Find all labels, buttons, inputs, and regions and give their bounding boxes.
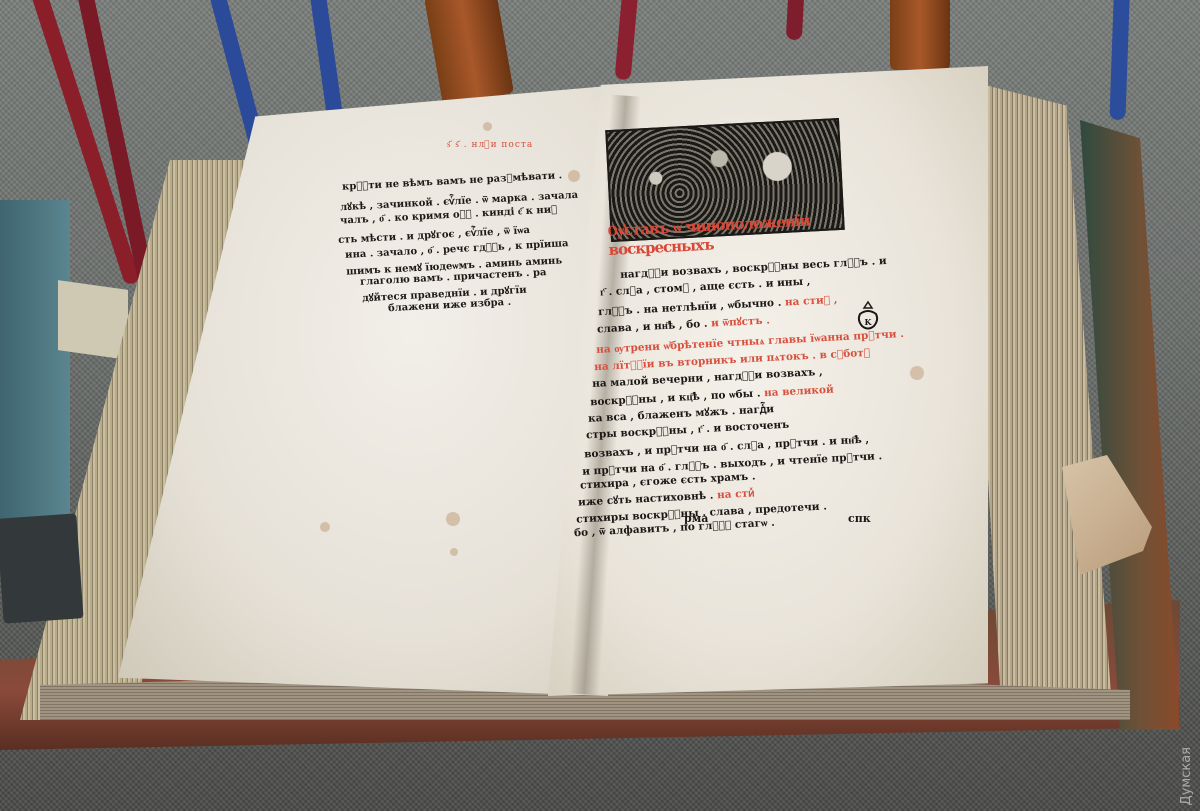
foxing-stain	[450, 548, 458, 556]
foxing-stain	[910, 366, 924, 380]
foxing-stain	[568, 170, 580, 182]
teal-box	[0, 200, 70, 530]
chair-post-right	[890, 0, 950, 70]
photo-scene: ѕ҃ ѕ҃ . нлⷣи поста крⷭ҇ти не вѣмъ вамъ н…	[0, 0, 1200, 811]
svg-text:K: K	[865, 317, 873, 327]
running-head: ѕ҃ ѕ҃ . нлⷣи поста	[447, 139, 533, 150]
folio-number: рма	[684, 512, 708, 525]
foxing-stain	[320, 522, 330, 532]
foxing-stain	[446, 512, 460, 526]
signature-mark: спк	[848, 512, 871, 525]
foxing-stain	[483, 122, 492, 131]
watermark: Думская	[1179, 747, 1194, 805]
printers-mark-icon: K	[855, 300, 881, 332]
paper-box	[58, 280, 128, 360]
cloth-bookmark	[0, 513, 84, 623]
line-red: на стиⷯ	[717, 487, 755, 501]
line-red: и ѿпꙋстъ .	[711, 314, 770, 329]
